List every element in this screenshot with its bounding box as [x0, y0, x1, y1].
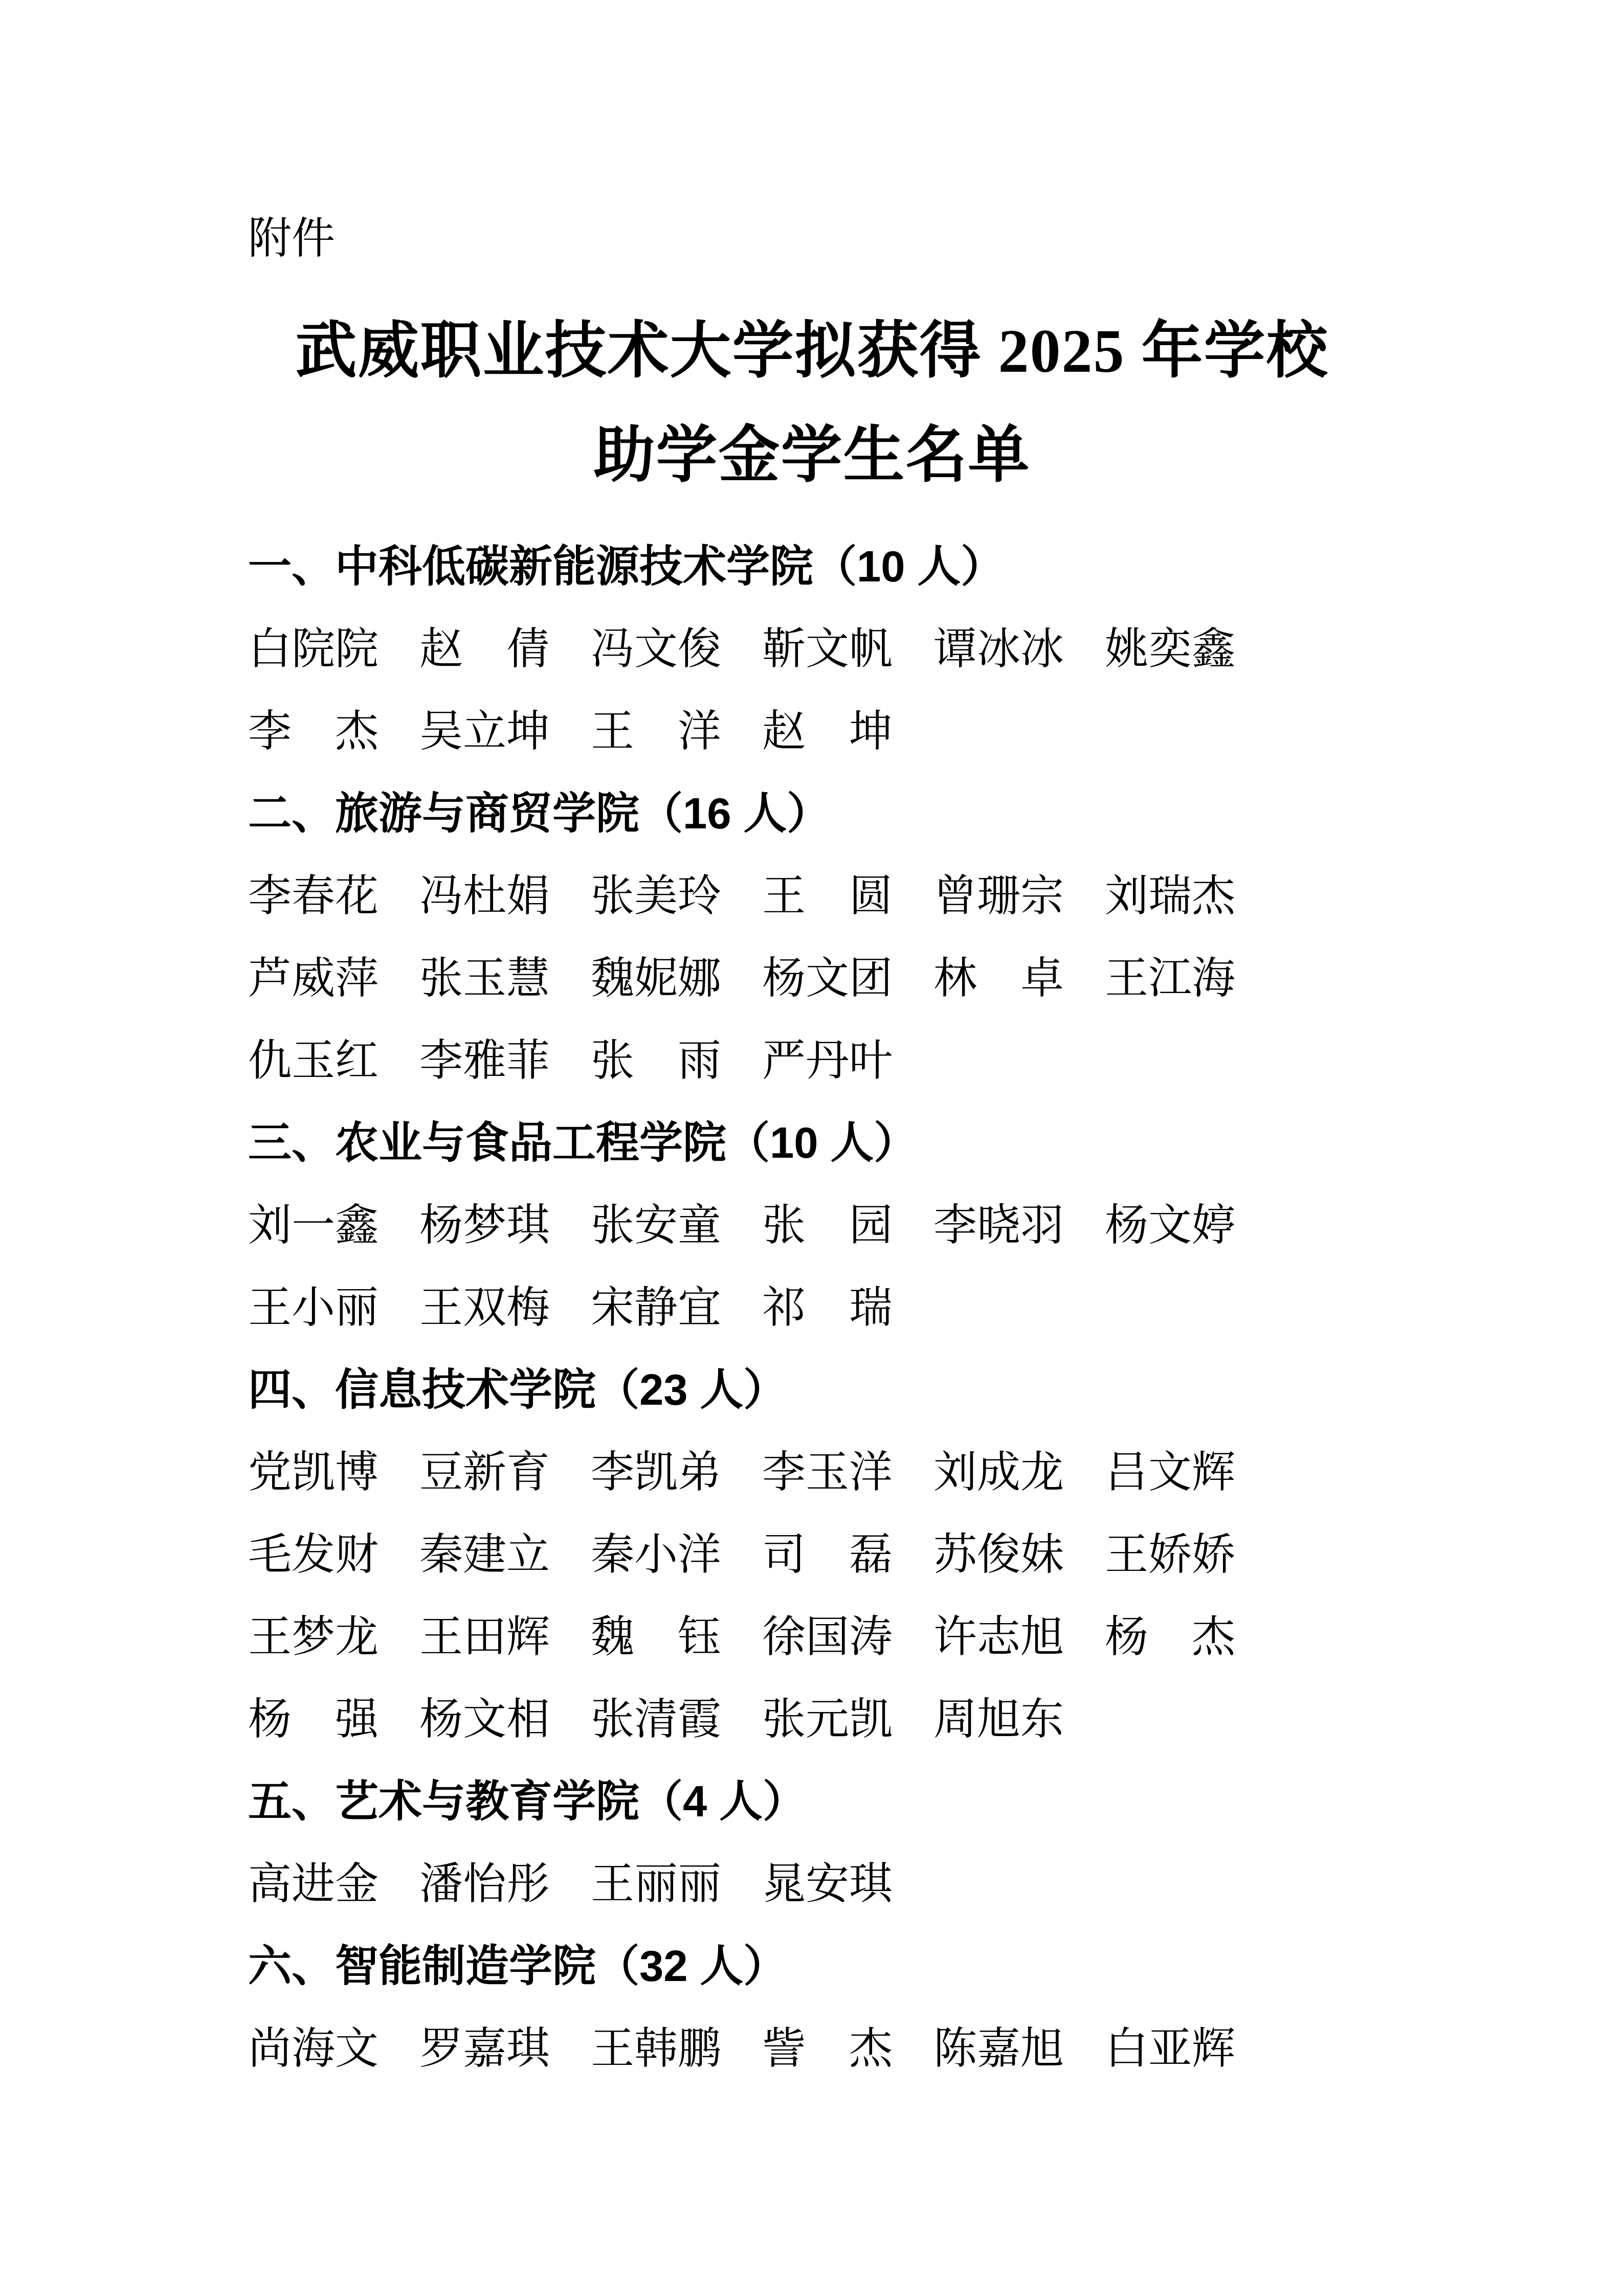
student-name: 仇玉红 [248, 1026, 379, 1088]
student-name-row: 毛发财秦建立秦小洋司 磊苏俊妹王娇娇 [248, 1510, 1471, 1592]
student-name: 秦小洋 [591, 1520, 721, 1582]
student-name: 豆新育 [419, 1437, 550, 1500]
college-section: 五、艺术与教育学院（4 人）高进金潘怡彤王丽丽晁安琪 [248, 1757, 1471, 1921]
document-page: 附件 武威职业技术大学拟获得 2025 年学校 助学金学生名单 一、中科低碳新能… [0, 0, 1624, 2296]
section-heading: 一、中科低碳新能源技术学院（10 人） [248, 522, 1471, 604]
section-heading: 二、旅游与商贸学院（16 人） [248, 769, 1471, 851]
student-name: 高进金 [248, 1849, 379, 1911]
student-name: 晁安琪 [762, 1849, 893, 1911]
student-name: 张元凯 [762, 1684, 893, 1747]
college-section: 四、信息技术学院（23 人）党凯博豆新育李凯弟李玉洋刘成龙吕文辉毛发财秦建立秦小… [248, 1345, 1471, 1757]
section-heading: 四、信息技术学院（23 人） [248, 1345, 1471, 1427]
student-name: 王 洋 [591, 696, 721, 759]
student-name: 刘瑞杰 [1105, 861, 1235, 924]
student-name: 杨 杰 [1105, 1602, 1235, 1664]
student-name: 冯杜娟 [419, 861, 550, 924]
student-name-row: 王小丽王双梅宋静宜祁 瑞 [248, 1263, 1471, 1345]
student-name-row: 仇玉红李雅菲张 雨严丹叶 [248, 1016, 1471, 1098]
student-name: 白院院 [248, 614, 379, 677]
student-name-row: 尚海文罗嘉琪王韩鹏訾 杰陈嘉旭白亚辉 [248, 2004, 1471, 2086]
student-name: 罗嘉琪 [419, 2014, 550, 2076]
student-name: 芦威萍 [248, 943, 379, 1006]
student-name: 魏 钰 [591, 1602, 721, 1664]
student-name: 李玉洋 [762, 1437, 893, 1500]
student-name: 曾珊宗 [933, 861, 1064, 924]
student-name: 杨文相 [419, 1684, 550, 1747]
student-name: 吴立坤 [419, 696, 550, 759]
student-name: 司 磊 [762, 1520, 893, 1582]
student-name: 秦建立 [419, 1520, 550, 1582]
student-name: 魏妮娜 [591, 943, 721, 1006]
student-name-row: 白院院赵 倩冯文俊靳文帆谭冰冰姚奕鑫 [248, 604, 1471, 686]
student-name-row: 杨 强杨文相张清霞张元凯周旭东 [248, 1674, 1471, 1757]
student-name-row: 党凯博豆新育李凯弟李玉洋刘成龙吕文辉 [248, 1427, 1471, 1510]
student-name: 杨文团 [762, 943, 893, 1006]
student-name-row: 高进金潘怡彤王丽丽晁安琪 [248, 1839, 1471, 1921]
college-section: 二、旅游与商贸学院（16 人）李春花冯杜娟张美玲王 圆曾珊宗刘瑞杰芦威萍张玉慧魏… [248, 769, 1471, 1098]
student-name: 林 卓 [933, 943, 1064, 1006]
student-name: 王韩鹏 [591, 2014, 721, 2076]
title-line-1: 武威职业技术大学拟获得 2025 年学校 [0, 299, 1624, 403]
student-name-row: 芦威萍张玉慧魏妮娜杨文团林 卓王江海 [248, 933, 1471, 1016]
student-name: 陈嘉旭 [933, 2014, 1064, 2076]
student-name-row: 刘一鑫杨梦琪张安童张 园李晓羽杨文婷 [248, 1180, 1471, 1263]
college-section: 三、农业与食品工程学院（10 人）刘一鑫杨梦琪张安童张 园李晓羽杨文婷王小丽王双… [248, 1098, 1471, 1345]
student-name: 祁 瑞 [762, 1273, 893, 1335]
student-name: 潘怡彤 [419, 1849, 550, 1911]
student-name: 李 杰 [248, 696, 379, 759]
section-heading: 六、智能制造学院（32 人） [248, 1921, 1471, 2004]
student-name: 张 园 [762, 1190, 893, 1253]
student-name: 李雅菲 [419, 1026, 550, 1088]
student-name: 王梦龙 [248, 1602, 379, 1664]
student-name: 王 圆 [762, 861, 893, 924]
student-name: 白亚辉 [1105, 2014, 1235, 2076]
student-name: 姚奕鑫 [1105, 614, 1235, 677]
college-section: 六、智能制造学院（32 人）尚海文罗嘉琪王韩鹏訾 杰陈嘉旭白亚辉 [248, 1921, 1471, 2086]
student-name: 王江海 [1105, 943, 1235, 1006]
student-name: 毛发财 [248, 1520, 379, 1582]
student-name: 赵 坤 [762, 696, 893, 759]
student-name: 刘一鑫 [248, 1190, 379, 1253]
document-title: 武威职业技术大学拟获得 2025 年学校 助学金学生名单 [0, 299, 1624, 508]
student-name: 徐国涛 [762, 1602, 893, 1664]
college-section: 一、中科低碳新能源技术学院（10 人）白院院赵 倩冯文俊靳文帆谭冰冰姚奕鑫李 杰… [248, 522, 1471, 769]
student-name: 王娇娇 [1105, 1520, 1235, 1582]
student-name: 杨文婷 [1105, 1190, 1235, 1253]
student-name: 尚海文 [248, 2014, 379, 2076]
student-name: 杨 强 [248, 1684, 379, 1747]
student-name: 王丽丽 [591, 1849, 721, 1911]
student-name: 张安童 [591, 1190, 721, 1253]
student-name: 王双梅 [419, 1273, 550, 1335]
student-name-row: 李 杰吴立坤王 洋赵 坤 [248, 686, 1471, 769]
student-name: 冯文俊 [591, 614, 721, 677]
section-heading: 五、艺术与教育学院（4 人） [248, 1757, 1471, 1839]
student-name: 周旭东 [933, 1684, 1064, 1747]
student-name: 靳文帆 [762, 614, 893, 677]
student-name: 李晓羽 [933, 1190, 1064, 1253]
student-name: 吕文辉 [1105, 1437, 1235, 1500]
student-name: 谭冰冰 [933, 614, 1064, 677]
student-name: 李凯弟 [591, 1437, 721, 1500]
attachment-label: 附件 [248, 214, 335, 264]
student-name: 王小丽 [248, 1273, 379, 1335]
student-name: 赵 倩 [419, 614, 550, 677]
student-name: 张玉慧 [419, 943, 550, 1006]
title-line-2: 助学金学生名单 [0, 403, 1624, 508]
student-name-row: 王梦龙王田辉魏 钰徐国涛许志旭杨 杰 [248, 1592, 1471, 1674]
student-name: 张 雨 [591, 1026, 721, 1088]
student-name: 许志旭 [933, 1602, 1064, 1664]
student-name: 苏俊妹 [933, 1520, 1064, 1582]
student-name-row: 李春花冯杜娟张美玲王 圆曾珊宗刘瑞杰 [248, 851, 1471, 933]
student-name: 严丹叶 [762, 1026, 893, 1088]
student-name: 刘成龙 [933, 1437, 1064, 1500]
student-name: 张清霞 [591, 1684, 721, 1747]
section-heading: 三、农业与食品工程学院（10 人） [248, 1098, 1471, 1180]
student-name: 张美玲 [591, 861, 721, 924]
student-name: 党凯博 [248, 1437, 379, 1500]
student-name: 杨梦琪 [419, 1190, 550, 1253]
student-list: 一、中科低碳新能源技术学院（10 人）白院院赵 倩冯文俊靳文帆谭冰冰姚奕鑫李 杰… [248, 522, 1471, 2086]
student-name: 宋静宜 [591, 1273, 721, 1335]
student-name: 訾 杰 [762, 2014, 893, 2076]
student-name: 王田辉 [419, 1602, 550, 1664]
student-name: 李春花 [248, 861, 379, 924]
